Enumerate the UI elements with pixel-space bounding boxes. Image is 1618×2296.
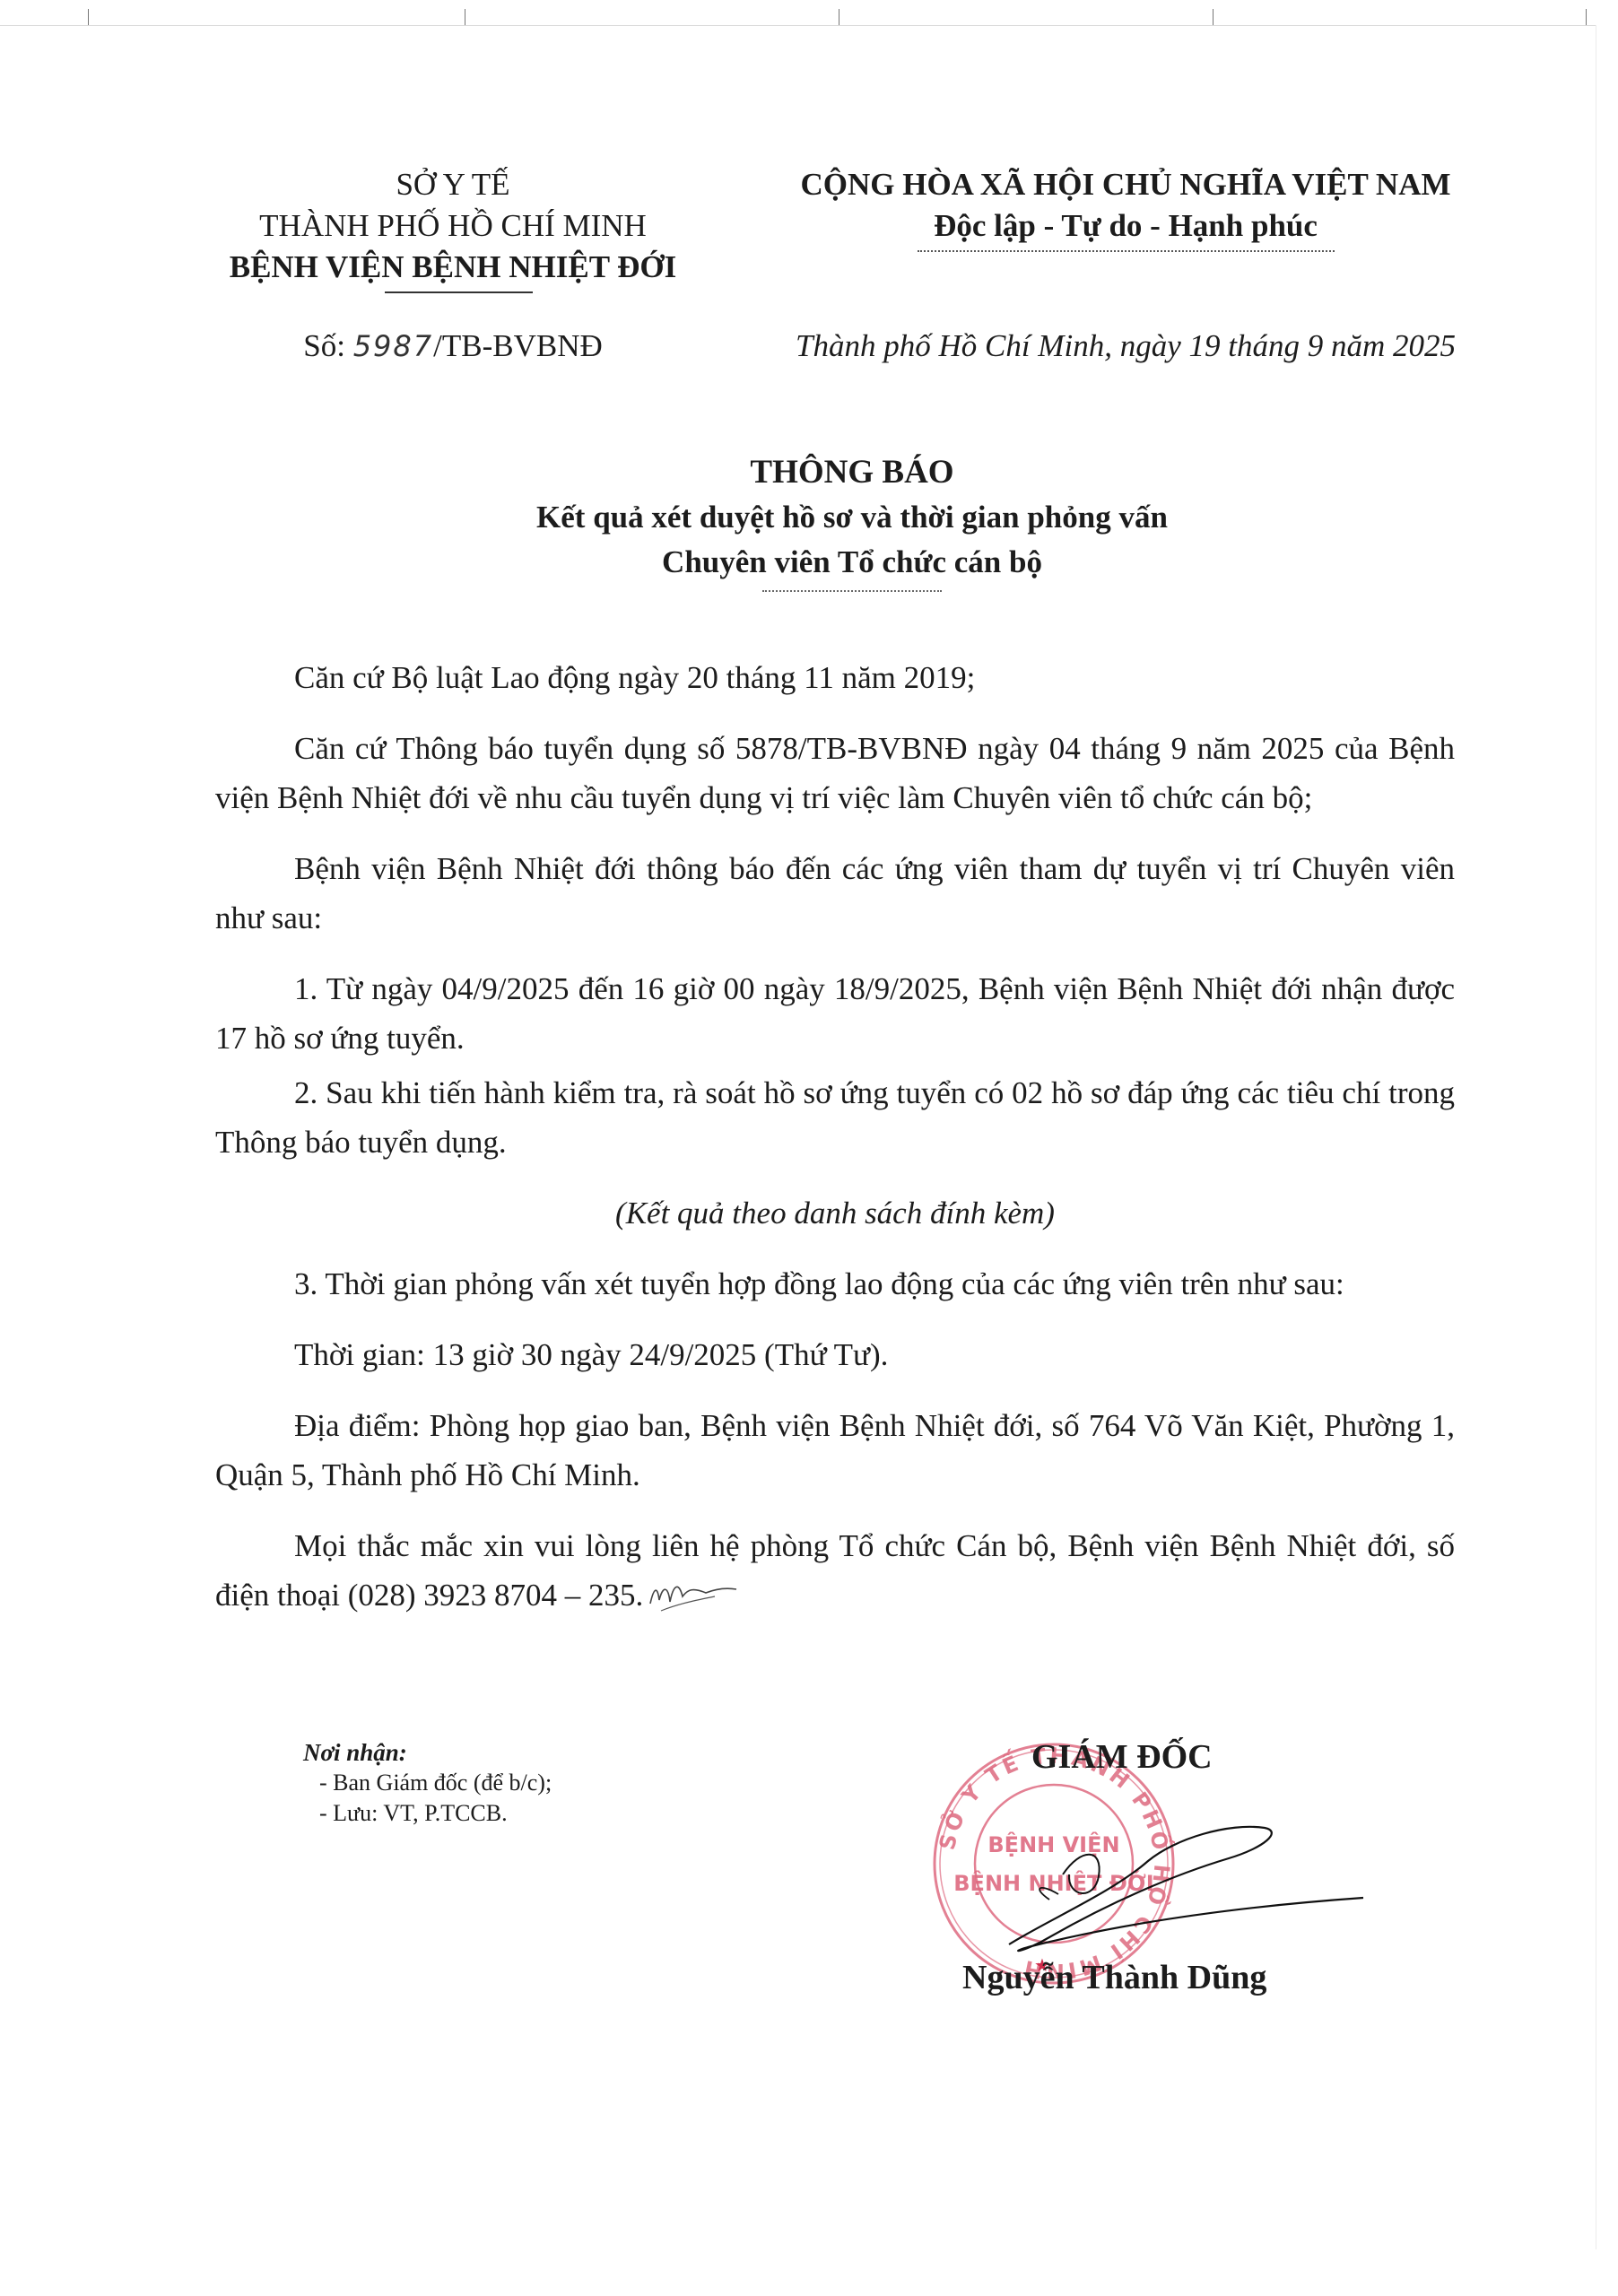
- recipients-label: Nơi nhận:: [303, 1737, 552, 1768]
- scan-tick-mark: [88, 9, 89, 25]
- item-2: 2. Sau khi tiến hành kiểm tra, rà soát h…: [215, 1068, 1455, 1167]
- legal-basis-2: Căn cứ Thông báo tuyển dụng số 5878/TB-B…: [215, 724, 1455, 822]
- motto-underline: [918, 250, 1335, 252]
- scan-edge-line-right: [1596, 25, 1596, 2249]
- national-motto: Độc lập - Tự do - Hạnh phúc: [722, 205, 1529, 247]
- intro-paragraph: Bệnh viện Bệnh Nhiệt đới thông báo đến c…: [215, 844, 1455, 943]
- national-title: CỘNG HÒA XÃ HỘI CHỦ NGHĨA VIỆT NAM: [722, 164, 1529, 205]
- recipients-block: Nơi nhận: - Ban Giám đốc (để b/c); - Lưu…: [303, 1737, 552, 1829]
- signer-title: GIÁM ĐỐC: [1031, 1737, 1213, 1777]
- scan-tick-mark: [1586, 9, 1587, 25]
- document-subject-line-2: Chuyên viên Tổ chức cán bộ: [448, 540, 1256, 585]
- issuing-agency-header: SỞ Y TẾ THÀNH PHỐ HỒ CHÍ MINH BỆNH VIỆN …: [184, 164, 722, 293]
- document-number: Số: 5987/TB-BVBNĐ: [184, 328, 722, 364]
- document-body: Căn cứ Bộ luật Lao động ngày 20 tháng 11…: [215, 653, 1455, 1620]
- scan-tick-mark: [465, 9, 465, 25]
- doc-number-prefix: Số:: [303, 328, 352, 363]
- agency-line-3: BỆNH VIỆN BỆNH NHIỆT ĐỚI: [184, 247, 722, 288]
- agency-line-2: THÀNH PHỐ HỒ CHÍ MINH: [184, 205, 722, 247]
- contact-text: Mọi thắc mắc xin vui lòng liên hệ phòng …: [215, 1528, 1455, 1613]
- legal-basis-1: Căn cứ Bộ luật Lao động ngày 20 tháng 11…: [215, 653, 1455, 702]
- scan-edge-line: [0, 25, 1596, 26]
- item-1: 1. Từ ngày 04/9/2025 đến 16 giờ 00 ngày …: [215, 964, 1455, 1063]
- agency-line-1: SỞ Y TẾ: [184, 164, 722, 205]
- initial-mark-icon: [643, 1577, 742, 1613]
- signer-name: Nguyễn Thành Dũng: [962, 1958, 1266, 1997]
- title-underline: [762, 590, 942, 592]
- document-subject-line-1: Kết quả xét duyệt hồ sơ và thời gian phỏ…: [448, 495, 1256, 540]
- contact-info: Mọi thắc mắc xin vui lòng liên hệ phòng …: [215, 1521, 1455, 1620]
- agency-underline: [385, 291, 533, 293]
- scan-tick-mark: [839, 9, 839, 25]
- attachment-note: (Kết quả theo danh sách đính kèm): [215, 1188, 1455, 1238]
- place-and-date: Thành phố Hồ Chí Minh, ngày 19 tháng 9 n…: [722, 328, 1529, 364]
- document-type: THÔNG BÁO: [448, 450, 1256, 495]
- recipient-item: - Ban Giám đốc (để b/c);: [303, 1768, 552, 1798]
- document-title: THÔNG BÁO Kết quả xét duyệt hồ sơ và thờ…: [448, 450, 1256, 592]
- national-header: CỘNG HÒA XÃ HỘI CHỦ NGHĨA VIỆT NAM Độc l…: [722, 164, 1529, 252]
- item-3: 3. Thời gian phỏng vấn xét tuyển hợp đồn…: [215, 1259, 1455, 1309]
- interview-location: Địa điểm: Phòng họp giao ban, Bệnh viện …: [215, 1401, 1455, 1500]
- doc-number-handwritten: 5987: [353, 329, 433, 363]
- recipient-item: - Lưu: VT, P.TCCB.: [303, 1798, 552, 1829]
- interview-time: Thời gian: 13 giờ 30 ngày 24/9/2025 (Thứ…: [215, 1330, 1455, 1379]
- doc-number-suffix: /TB-BVBNĐ: [433, 328, 603, 363]
- handwritten-signature-icon: [996, 1812, 1372, 1973]
- scan-tick-mark: [1213, 9, 1213, 25]
